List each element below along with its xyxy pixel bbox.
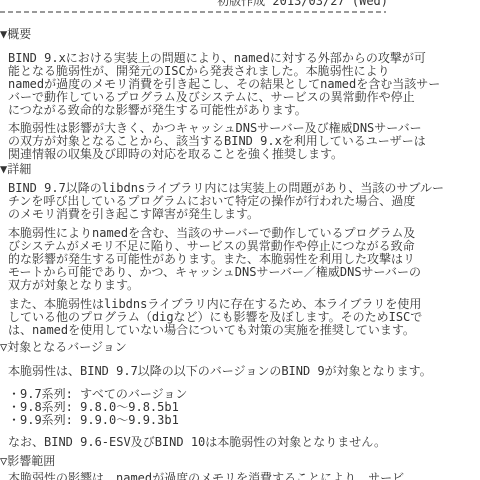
- section-heading-impact-scope: ▽影響範囲: [0, 455, 480, 468]
- details-paragraph: また、本脆弱性はlibdnsライブラリ内に存在するため、本ライブラリを使用 して…: [0, 298, 480, 337]
- section-heading-affected-versions: ▽対象となるバージョン: [0, 341, 480, 354]
- version-list: ・9.7系列: すべてのバージョン ・9.8系列: 9.8.0～9.8.5b1 …: [0, 388, 480, 427]
- advisory-document: 初版作成 2013/03/27 (Wed) ▼概要 BIND 9.xにおける実装…: [0, 0, 480, 480]
- details-paragraph: BIND 9.7以降のlibdnsライブラリ内には実装上の問題があり、当該のサブ…: [0, 182, 480, 221]
- section-title: 詳細: [7, 162, 31, 176]
- section-heading-details: ▼詳細: [0, 163, 480, 176]
- overview-paragraph: 本脆弱性は影響が大きく、かつキャッシュDNSサーバー及び権威DNSサーバー の双…: [0, 122, 480, 161]
- version-list-item: ・9.9系列: 9.9.0～9.9.3b1: [0, 414, 480, 427]
- details-paragraph: 本脆弱性によりnamedを含む、当該のサーバーで動作しているプログラム及 びシス…: [0, 227, 480, 292]
- section-heading-overview: ▼概要: [0, 28, 480, 41]
- revision-header: 初版作成 2013/03/27 (Wed): [0, 0, 480, 8]
- affected-versions-intro: 本脆弱性は、BIND 9.7以降の以下のバージョンのBIND 9が対象となります…: [0, 365, 480, 378]
- impact-scope-partial-paragraph: 本脆弱性の影響は、namedが過度のメモリを消費することにより、サービ: [0, 472, 480, 480]
- overview-paragraph: BIND 9.xにおける実装上の問題により、namedに対する外部からの攻撃が可…: [0, 52, 480, 117]
- section-title: 影響範囲: [7, 454, 55, 468]
- section-title: 概要: [7, 27, 31, 41]
- revision-date: 初版作成 2013/03/27 (Wed): [0, 0, 480, 8]
- affected-versions-note: なお、BIND 9.6-ESV及びBIND 10は本脆弱性の対象となりません。: [0, 436, 480, 449]
- dashed-divider: [0, 11, 386, 13]
- section-title: 対象となるバージョン: [7, 340, 127, 354]
